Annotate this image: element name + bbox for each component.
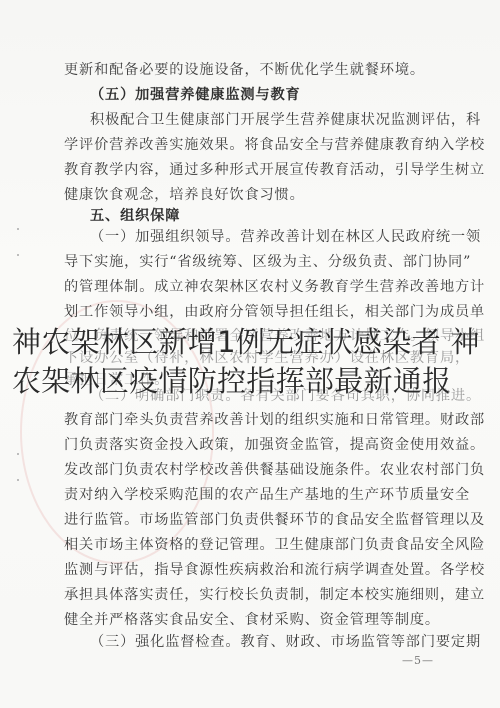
doc-line: 教育部门牵头负责营养改善计划的组织实施和日常管理。财政部 [64,412,438,428]
doc-line: 学评价营养改善实施效果。将食品安全与营养健康教育纳入学校 [64,137,438,153]
doc-line: 门负责落实资金投入政策，加强资金监管，提高资金使用效益。 [64,437,438,453]
doc-line: 健全并严格落实食品安全、食材采购、资金管理等制度。 [64,612,438,628]
doc-line: 发改部门负责农村学校改善供餐基础设施条件。农业农村部门负 [64,462,438,478]
section-heading: （五）加强营养健康监测与教育 [90,87,438,103]
doc-line: 健康饮食观念，培养良好饮食习惯。 [64,187,438,203]
doc-line: （三）强化监督检查。教育、财政、市场监管等部门要定期 [90,634,438,650]
doc-line: 的管理体制。成立神农架林区农村义务教育学生营养改善地方计 [64,279,438,295]
margin-mark [17,453,19,455]
doc-line: 划工作领导小组，由政府分管领导担任组长，相关部门为成员单 [64,304,438,320]
doc-line: 教育教学内容，通过多种形式开展宣传教育活动，引导学生树立 [64,162,438,178]
doc-line: 更新和配备必要的设施设备，不断优化学生就餐环境。 [64,62,438,78]
doc-line: 监测与评估，指导食源性疾病救治和流行病学调查处置。各学校 [64,562,438,578]
doc-line: 导下实施，实行“省级统筹、区级为主、分级负责、部门协同” [64,254,438,270]
page-number: —5— [402,654,434,667]
doc-line: （一）加强组织领导。营养改善计划在林区人民政府统一领 [90,229,438,245]
doc-line: 责对纳入学校采购范围的农产品生产基地的生产环节质量安全 [64,487,438,503]
overlay-title: 神农架林区新增1例无症状感染者 神农架林区疫情防控指挥部最新通报 [12,323,498,401]
doc-line: 积极配合卫生健康部门开展学生营养健康状况监测评估，科 [90,112,438,128]
margin-mark [17,254,19,256]
doc-line: 进行监管。市场监管部门负责供餐环节的食品安全监督管理以及 [64,512,438,528]
margin-mark [17,228,19,230]
chapter-heading: 五、组织保障 [90,208,438,224]
document-page: 更新和配备必要的设施设备，不断优化学生就餐环境。 （五）加强营养健康监测与教育 … [0,0,500,708]
doc-line: 承担具体落实责任，实行校长负责制，制定本校实施细则，建立 [64,587,438,603]
doc-line: 相关市场主体资格的登记管理。卫生健康部门负责食品安全风险 [64,537,438,553]
margin-mark [17,479,19,481]
